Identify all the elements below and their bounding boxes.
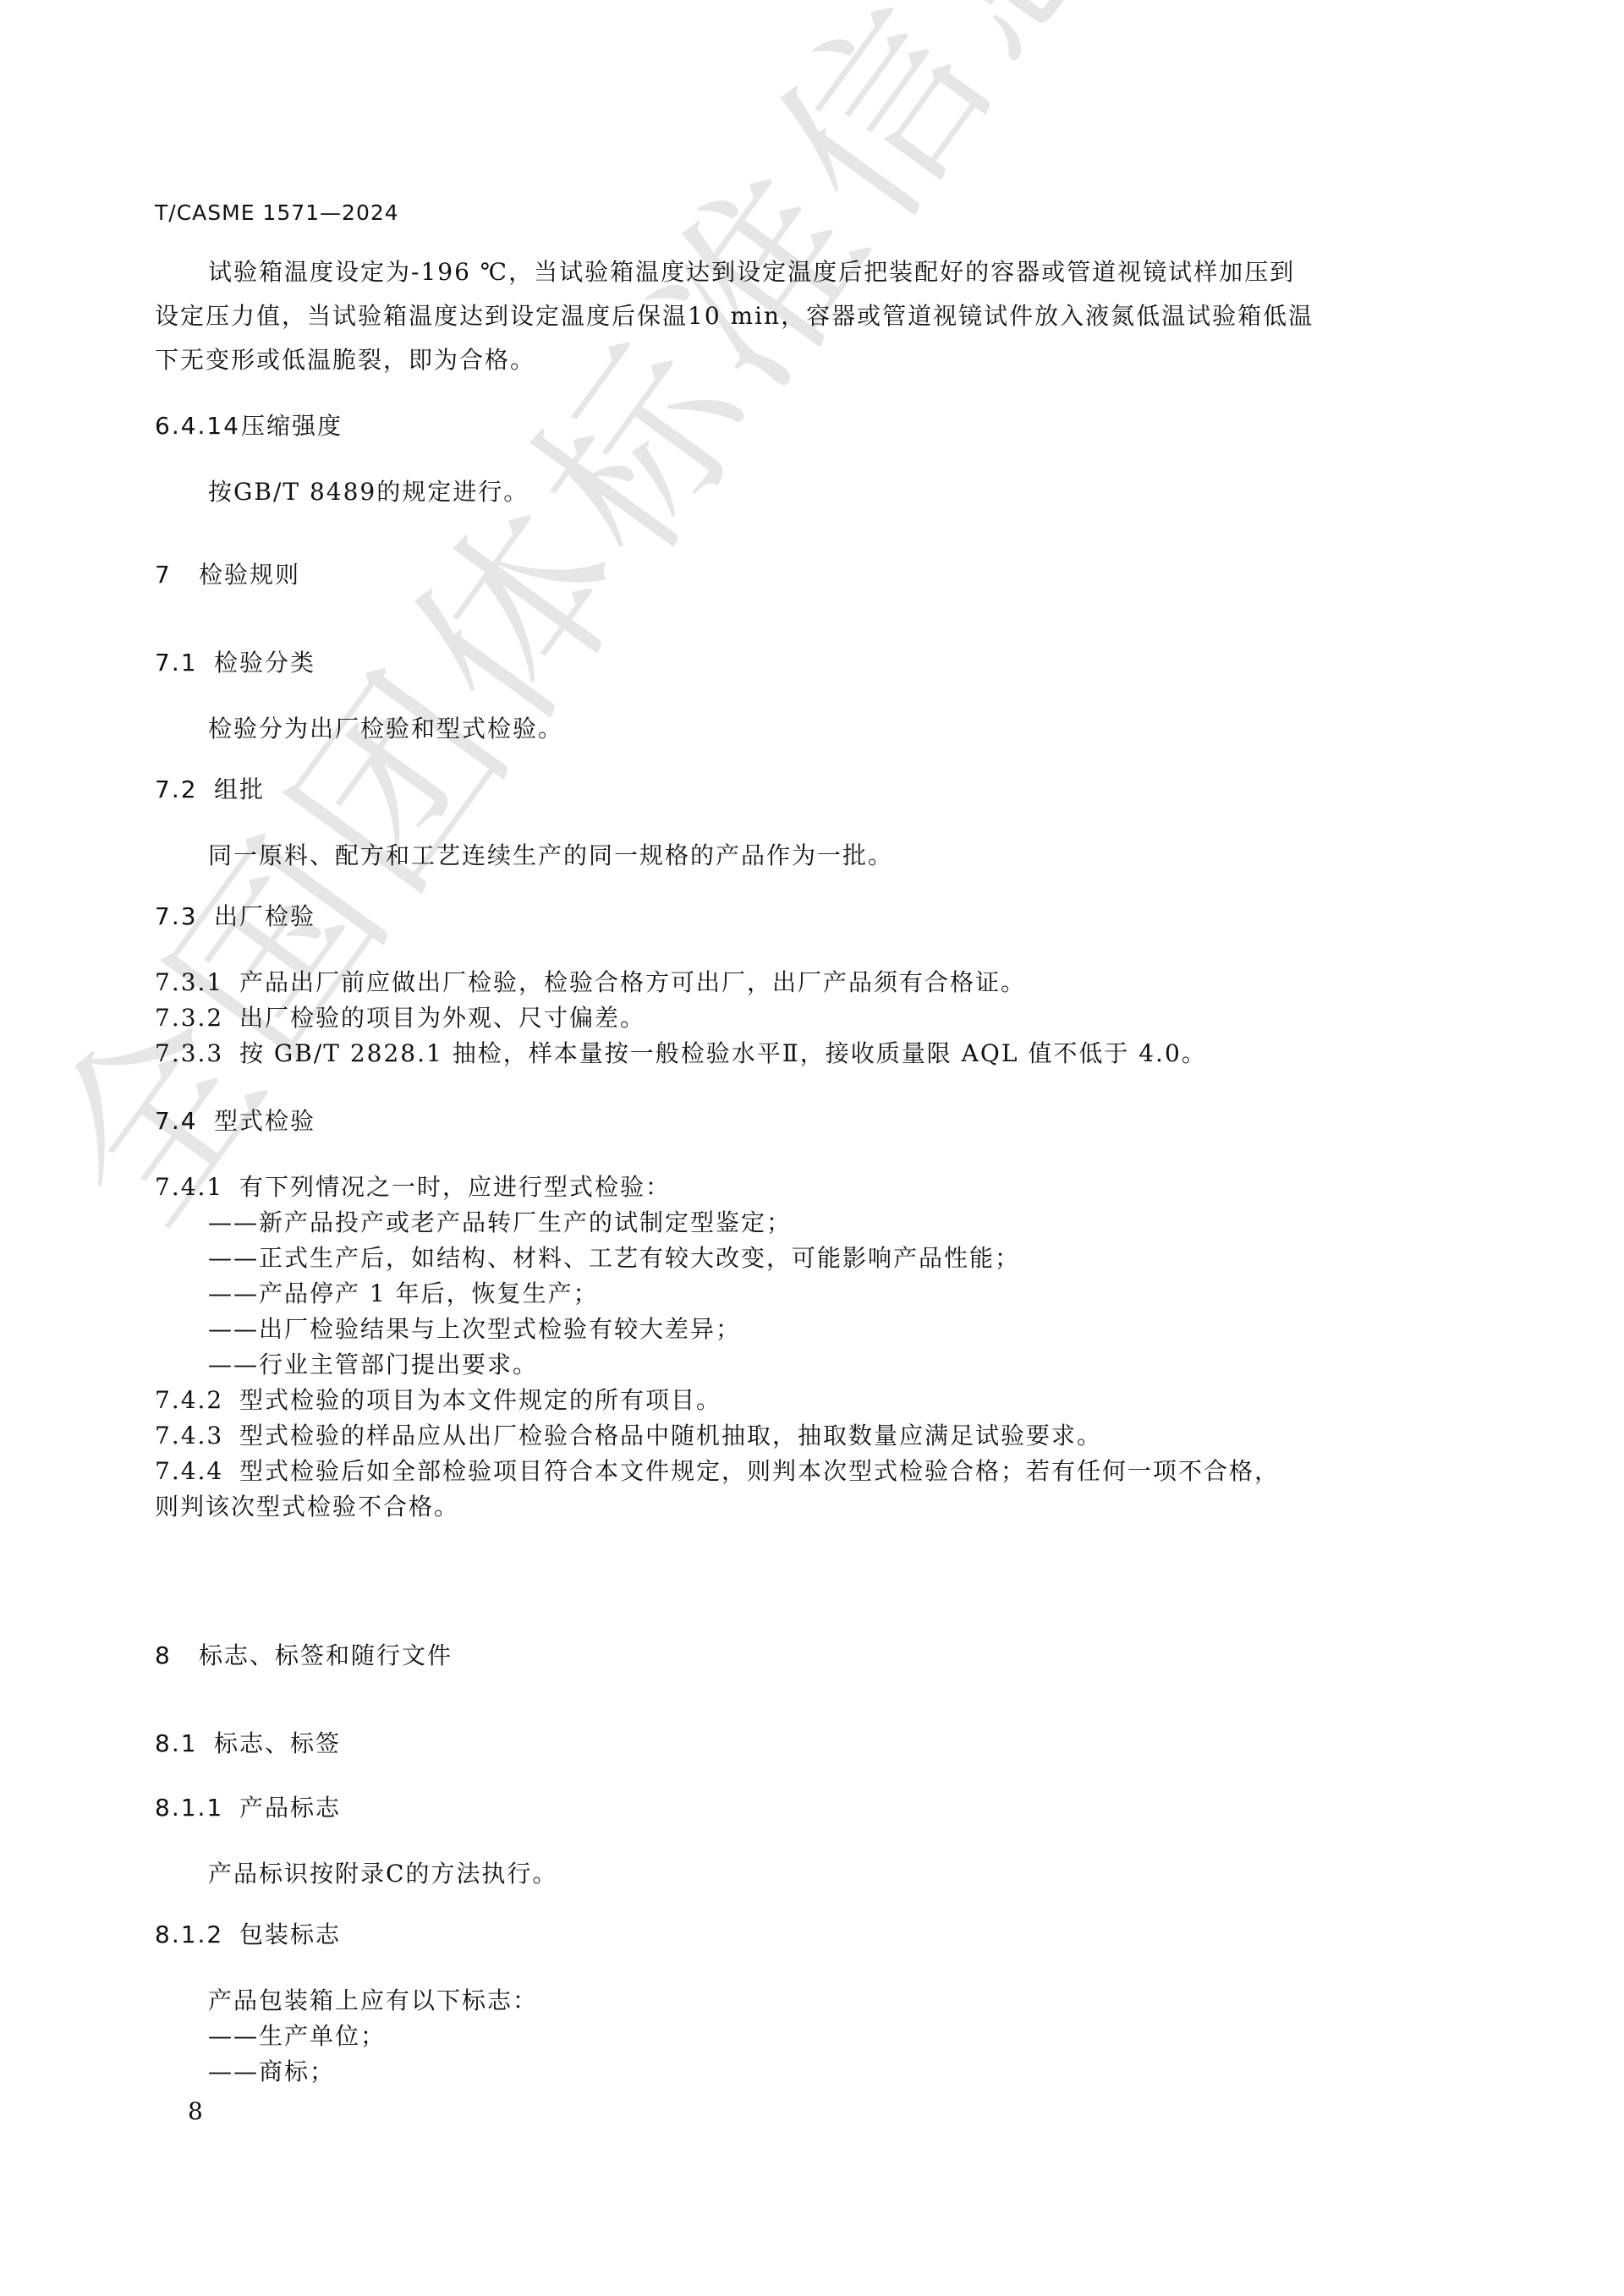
- clause-text: 型式检验的样品应从出厂检验合格品中随机抽取，抽取数量应满足试验要求。: [239, 1422, 1102, 1449]
- section-title: 出厂检验: [214, 903, 315, 930]
- section-number: 8.1: [155, 1730, 206, 1757]
- paragraph-line: 产品包装箱上应有以下标志：: [208, 1987, 538, 2014]
- paragraph-line: 下无变形或低温脆裂，即为合格。: [155, 347, 535, 374]
- clause-number: 7.4.4: [155, 1458, 229, 1485]
- paragraph-line: 试验箱温度设定为-196 ℃，当试验箱温度达到设定温度后把装配好的容器或管道视镜…: [208, 259, 1295, 286]
- clause-number: 7.4.2: [155, 1387, 229, 1414]
- section-heading-7-3: 7.3出厂检验: [155, 903, 315, 930]
- section-number: 7.3: [155, 903, 206, 930]
- section-number: 8.1.1: [155, 1795, 229, 1822]
- section-heading-7: 7检验规则: [155, 562, 300, 589]
- list-item: ——行业主管部门提出要求。: [208, 1351, 538, 1378]
- list-item: ——新产品投产或老产品转厂生产的试制定型鉴定；: [208, 1209, 792, 1236]
- section-heading-7-2: 7.2组批: [155, 776, 265, 803]
- page-number: 8: [188, 2097, 203, 2125]
- clause-text: 型式检验后如全部检验项目符合本文件规定，则判本次型式检验合格；若有任何一项不合格…: [239, 1458, 1280, 1485]
- list-item: ——出厂检验结果与上次型式检验有较大差异；: [208, 1316, 741, 1343]
- section-title: 型式检验: [214, 1108, 315, 1135]
- section-number: 8.1.2: [155, 1921, 229, 1948]
- section-number: 7.1: [155, 649, 206, 677]
- clause-7-4-4: 7.4.4型式检验后如全部检验项目符合本文件规定，则判本次型式检验合格；若有任何…: [155, 1458, 1280, 1485]
- paragraph-line: 设定压力值，当试验箱温度达到设定温度后保温10 min，容器或管道视镜试件放入液…: [155, 303, 1314, 330]
- section-title: 检验分类: [214, 649, 315, 677]
- clause-number: 7.4.1: [155, 1174, 229, 1201]
- section-heading-8: 8标志、标签和随行文件: [155, 1642, 453, 1669]
- clause-number: 7.4.3: [155, 1422, 229, 1449]
- clause-text: 出厂检验的项目为外观、尺寸偏差。: [239, 1005, 645, 1032]
- section-heading-8-1: 8.1标志、标签: [155, 1730, 341, 1757]
- paragraph-line: 产品标识按附录C的方法执行。: [208, 1860, 557, 1888]
- section-heading-7-4: 7.4型式检验: [155, 1108, 315, 1135]
- clause-7-4-1: 7.4.1有下列情况之一时，应进行型式检验：: [155, 1174, 671, 1201]
- section-title: 产品标志: [239, 1795, 341, 1822]
- clause-continuation: 则判该次型式检验不合格。: [155, 1493, 459, 1521]
- clause-number: 7.3.2: [155, 1005, 229, 1032]
- clause-7-3-1: 7.3.1产品出厂前应做出厂检验，检验合格方可出厂，出厂产品须有合格证。: [155, 969, 1026, 996]
- clause-text: 按 GB/T 2828.1 抽检，样本量按一般检验水平Ⅱ，接收质量限 AQL 值…: [239, 1040, 1207, 1067]
- list-item: ——生产单位；: [208, 2023, 386, 2050]
- clause-7-4-3: 7.4.3型式检验的样品应从出厂检验合格品中随机抽取，抽取数量应满足试验要求。: [155, 1422, 1102, 1449]
- clause-7-4-2: 7.4.2型式检验的项目为本文件规定的所有项目。: [155, 1387, 721, 1414]
- section-heading-8-1-2: 8.1.2包装标志: [155, 1921, 341, 1948]
- section-title: 标志、标签和随行文件: [199, 1642, 453, 1669]
- section-title: 组批: [214, 776, 265, 803]
- clause-text: 有下列情况之一时，应进行型式检验：: [239, 1174, 671, 1201]
- section-number: 7.2: [155, 776, 206, 803]
- list-item: ——商标；: [208, 2058, 335, 2085]
- clause-text: 型式检验的项目为本文件规定的所有项目。: [239, 1387, 721, 1414]
- section-title: 包装标志: [239, 1921, 341, 1948]
- section-number: 6.4.14: [155, 413, 222, 440]
- clause-number: 7.3.3: [155, 1040, 229, 1067]
- section-heading-7-1: 7.1检验分类: [155, 649, 315, 677]
- section-title: 压缩强度: [241, 413, 343, 440]
- section-title: 标志、标签: [214, 1730, 341, 1757]
- section-heading-8-1-1: 8.1.1产品标志: [155, 1795, 341, 1822]
- section-title: 检验规则: [199, 562, 300, 589]
- clause-number: 7.3.1: [155, 969, 229, 996]
- paragraph-line: 同一原料、配方和工艺连续生产的同一规格的产品作为一批。: [208, 842, 893, 869]
- section-heading-6-4-14: 6.4.14压缩强度: [155, 413, 343, 440]
- section-number: 7: [155, 562, 189, 589]
- clause-7-3-2: 7.3.2出厂检验的项目为外观、尺寸偏差。: [155, 1005, 645, 1032]
- document-page: 全国团体标准信息平台 T/CASME 1571—2024 试验箱温度设定为-19…: [0, 0, 1624, 2296]
- list-item: ——产品停产 1 年后，恢复生产；: [208, 1280, 599, 1307]
- list-item: ——正式生产后，如结构、材料、工艺有较大改变，可能影响产品性能；: [208, 1245, 1020, 1272]
- paragraph-line: 按GB/T 8489的规定进行。: [208, 479, 529, 506]
- standard-code: T/CASME 1571—2024: [155, 200, 399, 227]
- clause-7-3-3: 7.3.3按 GB/T 2828.1 抽检，样本量按一般检验水平Ⅱ，接收质量限 …: [155, 1040, 1207, 1067]
- clause-text: 产品出厂前应做出厂检验，检验合格方可出厂，出厂产品须有合格证。: [239, 969, 1026, 996]
- paragraph-line: 检验分为出厂检验和型式检验。: [208, 715, 563, 743]
- section-number: 8: [155, 1642, 189, 1669]
- section-number: 7.4: [155, 1108, 206, 1135]
